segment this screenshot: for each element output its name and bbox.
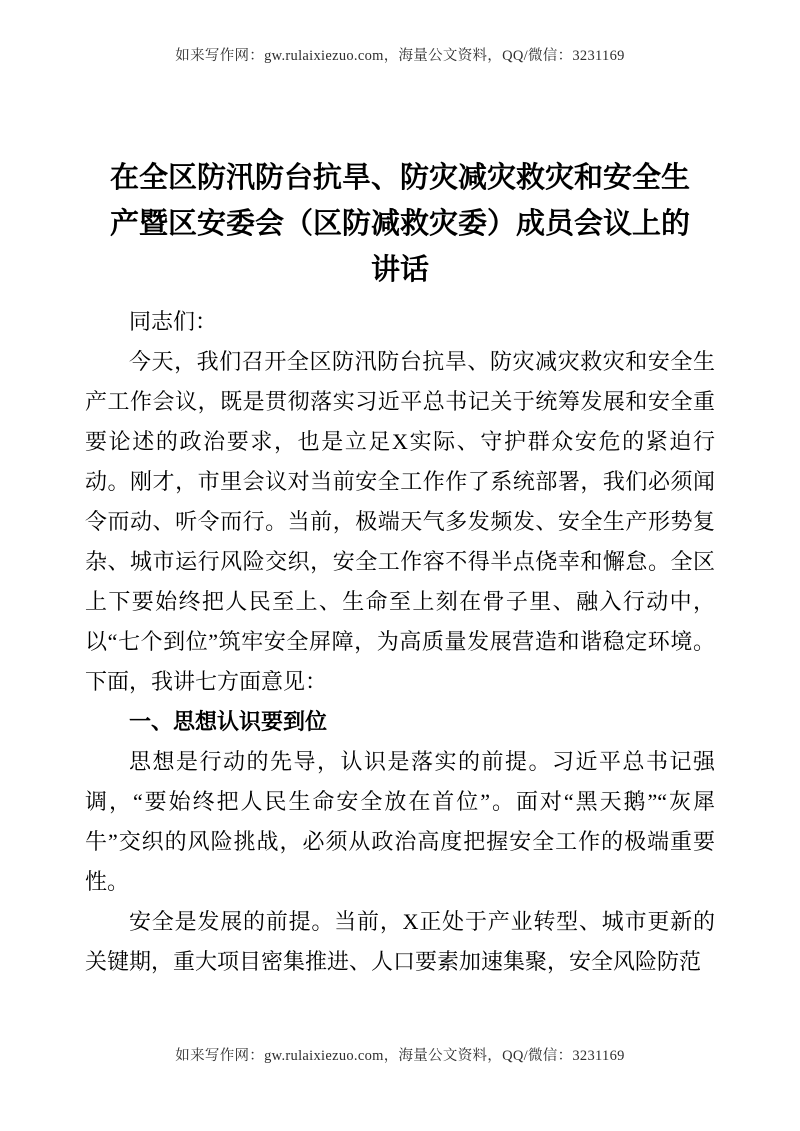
paragraph-opening: 今天，我们召开全区防汛防台抗旱、防灾减灾救灾和安全生产工作会议，既是贯彻落实习近… [85,342,715,702]
document-body: 同志们： 今天，我们召开全区防汛防台抗旱、防灾减灾救灾和安全生产工作会议，既是贯… [85,302,715,982]
footer-watermark: 如来写作网：gw.rulaixiezuo.com，海量公文资料，QQ/微信：32… [0,1046,800,1066]
paragraph-section1-a: 思想是行动的先导，认识是落实的前提。习近平总书记强调，“要始终把人民生命安全放在… [85,742,715,902]
section-heading-1: 一、思想认识要到位 [85,702,715,742]
document-page: 如来写作网：gw.rulaixiezuo.com，海量公文资料，QQ/微信：32… [0,0,800,1131]
paragraph-section1-b: 安全是发展的前提。当前，X正处于产业转型、城市更新的关键期，重大项目密集推进、人… [85,902,715,982]
document-title: 在全区防汛防台抗旱、防灾减灾救灾和安全生产暨区安委会（区防减救灾委）成员会议上的… [100,155,700,293]
salutation-line: 同志们： [85,302,715,342]
header-watermark: 如来写作网：gw.rulaixiezuo.com，海量公文资料，QQ/微信：32… [0,46,800,66]
